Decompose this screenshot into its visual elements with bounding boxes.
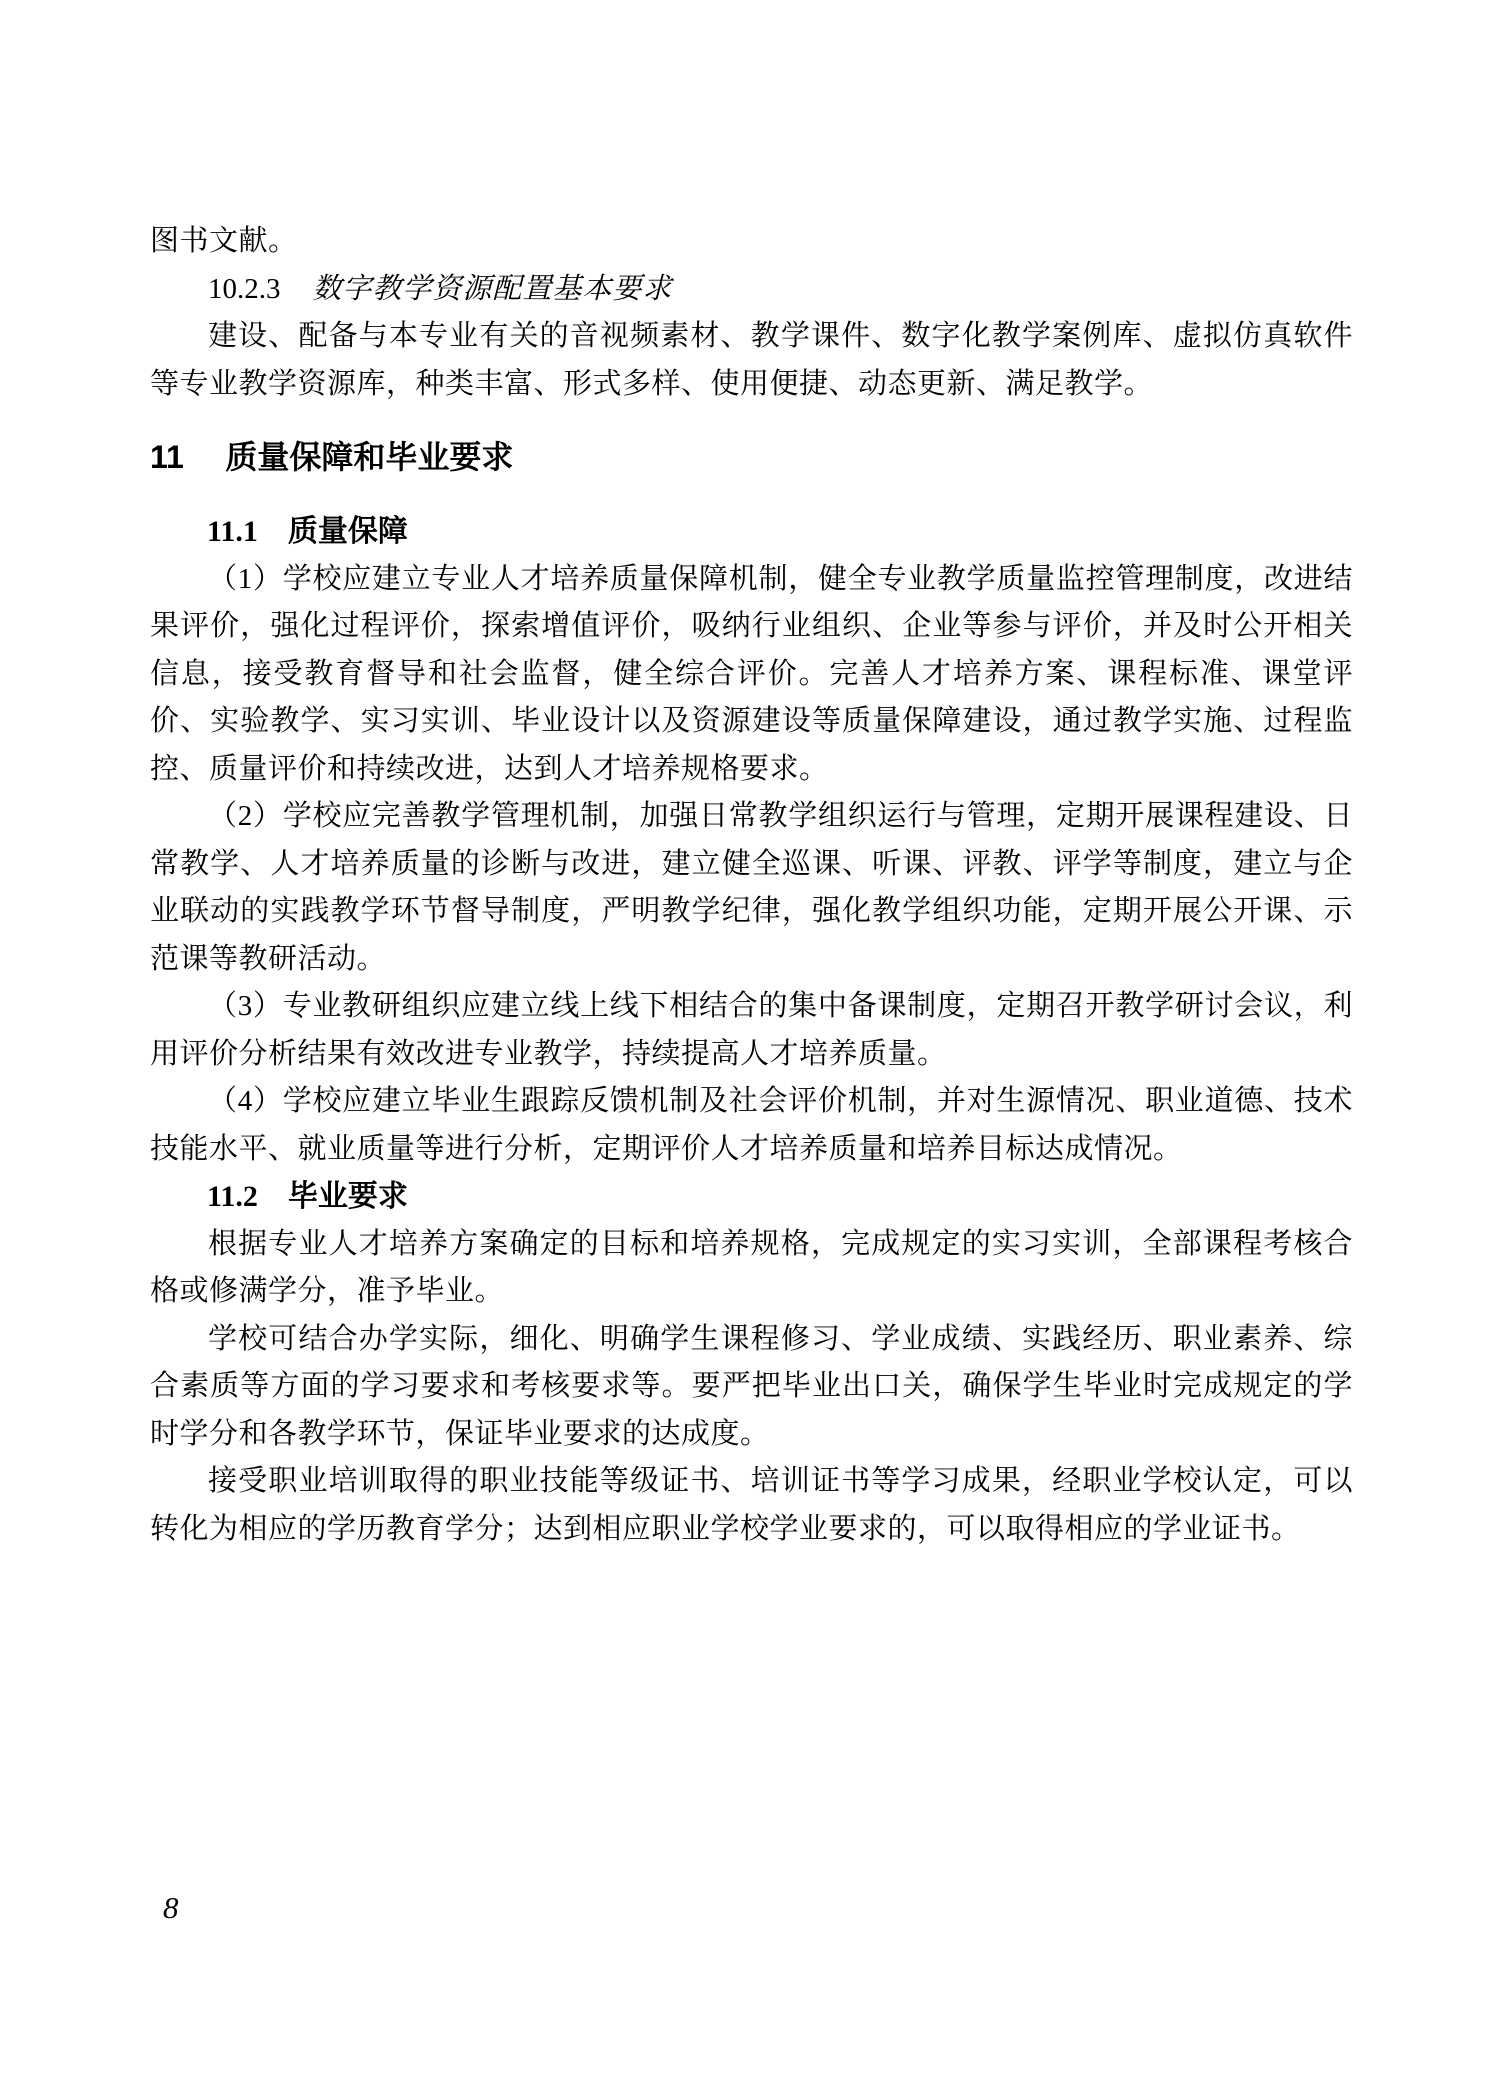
heading-10-2-3-title: 数字教学资源配置基本要求	[312, 273, 672, 305]
paragraph-quality-3: （3）专业教研组织应建立线上线下相结合的集中备课制度，定期召开教学研讨会议，利用…	[150, 983, 1353, 1078]
heading-11-number: 11	[150, 439, 184, 475]
heading-11-1: 11.1质量保障	[150, 508, 1353, 556]
document-page: 图书文献。 10.2.3数字教学资源配置基本要求 建设、配备与本专业有关的音视频…	[0, 0, 1503, 2094]
heading-10-2-3: 10.2.3数字教学资源配置基本要求	[150, 266, 1353, 314]
heading-11-2-title: 毕业要求	[288, 1180, 408, 1213]
paragraph-quality-4: （4）学校应建立毕业生跟踪反馈机制及社会评价机制，并对生源情况、职业道德、技术技…	[150, 1078, 1353, 1173]
heading-11-2: 11.2毕业要求	[150, 1173, 1353, 1221]
heading-11-title: 质量保障和毕业要求	[225, 439, 513, 475]
heading-11-1-number: 11.1	[207, 515, 258, 548]
page-number: 8	[163, 1890, 179, 1926]
paragraph-graduation-1: 根据专业人才培养方案确定的目标和培养规格，完成规定的实习实训，全部课程考核合格或…	[150, 1221, 1353, 1316]
heading-11-2-number: 11.2	[207, 1180, 258, 1213]
heading-10-2-3-number: 10.2.3	[208, 273, 281, 305]
paragraph-digital-resources: 建设、配备与本专业有关的音视频素材、教学课件、数字化教学案例库、虚拟仿真软件等专…	[150, 313, 1353, 408]
paragraph-graduation-3: 接受职业培训取得的职业技能等级证书、培训证书等学习成果，经职业学校认定，可以转化…	[150, 1458, 1353, 1553]
paragraph-graduation-2: 学校可结合办学实际，细化、明确学生课程修习、学业成绩、实践经历、职业素养、综合素…	[150, 1316, 1353, 1459]
paragraph-quality-1: （1）学校应建立专业人才培养质量保障机制，健全专业教学质量监控管理制度，改进结果…	[150, 556, 1353, 794]
page-content: 图书文献。 10.2.3数字教学资源配置基本要求 建设、配备与本专业有关的音视频…	[150, 218, 1353, 1553]
paragraph-leftover: 图书文献。	[150, 218, 1353, 266]
heading-11-1-title: 质量保障	[288, 515, 408, 548]
heading-11: 11质量保障和毕业要求	[150, 432, 1353, 482]
paragraph-quality-2: （2）学校应完善教学管理机制，加强日常教学组织运行与管理，定期开展课程建设、日常…	[150, 793, 1353, 983]
